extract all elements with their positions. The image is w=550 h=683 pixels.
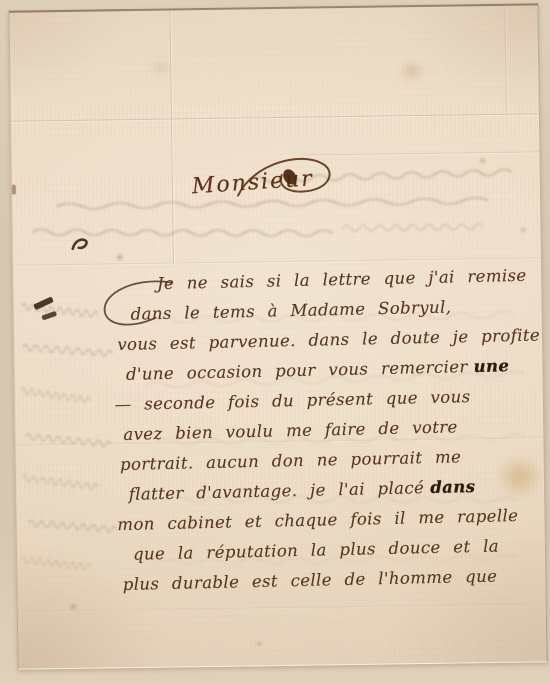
bleedthrough-line xyxy=(20,384,91,407)
fox-spot xyxy=(117,254,123,260)
fold-crease xyxy=(504,6,507,116)
bleedthrough-line xyxy=(21,300,98,321)
retraced-word: dans xyxy=(430,477,476,497)
letter-photograph: Monsieur Je ne sais si la lettre que j'a… xyxy=(0,0,550,683)
fox-spot xyxy=(70,604,77,610)
paraph-flourish-icon xyxy=(235,152,340,203)
fold-crease xyxy=(18,603,546,611)
letter-sheet: Monsieur Je ne sais si la lettre que j'a… xyxy=(8,3,547,669)
bleedthrough-line xyxy=(21,553,92,573)
ink-blot xyxy=(71,236,91,254)
fold-crease xyxy=(169,10,174,262)
ink-blot xyxy=(12,185,16,195)
bleedthrough-line xyxy=(22,471,99,493)
bleedthrough-line xyxy=(22,341,113,361)
fox-spot xyxy=(480,158,486,163)
fox-spot xyxy=(256,641,262,646)
fox-spot xyxy=(521,228,526,233)
stain xyxy=(398,59,426,83)
bleedthrough-line xyxy=(28,517,117,536)
letter-body: Je ne sais si la lettre que j'ai remise … xyxy=(112,261,546,601)
ink-bleedthrough xyxy=(9,5,537,12)
retraced-word: une xyxy=(473,356,509,376)
bleedthrough-line xyxy=(25,430,112,451)
stain xyxy=(150,58,172,76)
fold-crease xyxy=(11,113,539,121)
bleedthrough-line xyxy=(342,220,482,235)
